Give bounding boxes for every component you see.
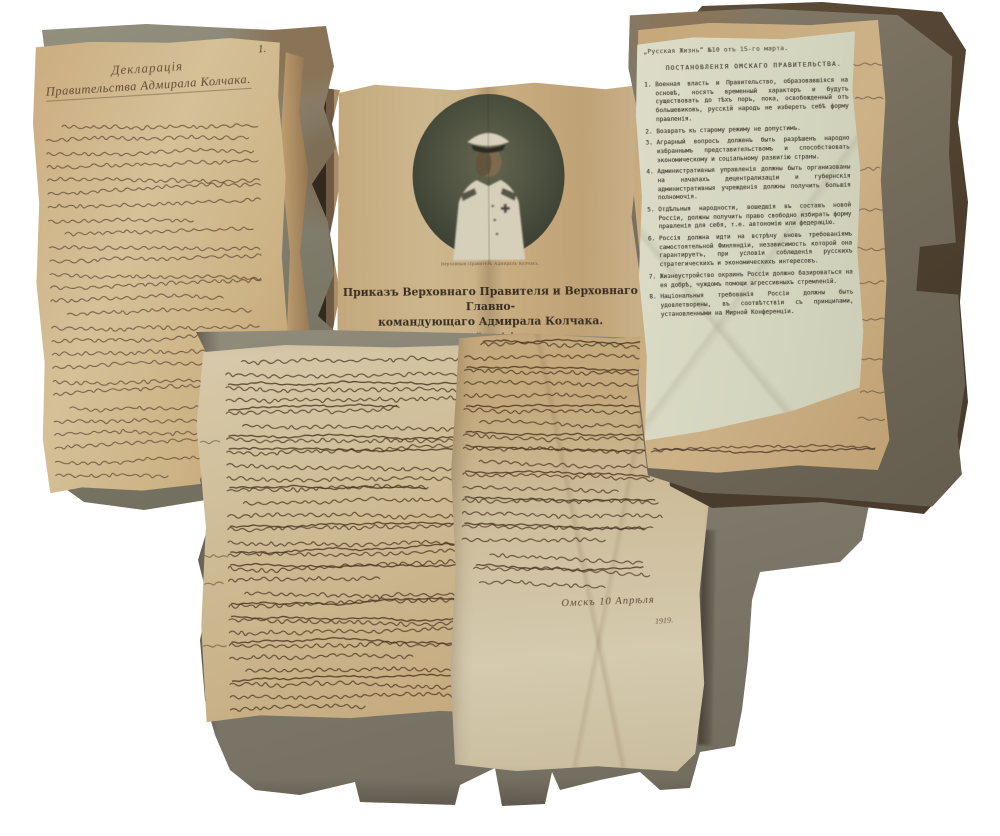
resolutions-list: 1.Военная власть и Правительство, образо…: [644, 77, 854, 320]
resolution-item: 1.Военная власть и Правительство, образо…: [644, 77, 849, 125]
resolution-item: 4.Административныя управленія должны быт…: [646, 164, 851, 204]
resolution-item: 3.Аграрный вопросъ долженъ быть разрѣшен…: [646, 135, 851, 166]
dateline-year: 1919.: [655, 615, 674, 626]
proclamation-headline: Приказъ Верховнаго Правителя и Верховнаг…: [340, 283, 640, 330]
typed-text-body: „Русская Жизнь“ №10 отъ 15-го марта. ПОС…: [633, 31, 867, 446]
resolution-item: 6.Россія должна идти на встрѣчу вновь тр…: [648, 231, 853, 271]
source-line: „Русская Жизнь“ №10 отъ 15-го марта.: [643, 44, 847, 58]
resolution-item: 8.Національныя требованія Россіи должны …: [649, 289, 854, 320]
declaration-title: Декларація Правительства Адмирала Колчак…: [30, 53, 266, 103]
resolution-item: 5.Отдѣльныя народности, вошедшія въ сост…: [647, 202, 852, 233]
headline-line-1: Приказъ Верховнаго Правителя и Верховнаг…: [340, 283, 640, 315]
dateline: Омскъ 10 Апрѣля: [561, 595, 655, 610]
resolutions-heading: ПОСТАНОВЛЕНІЯ ОМСКАГО ПРАВИТЕЛЬСТВА.: [666, 60, 848, 74]
kolchak-portrait-photo: [408, 89, 569, 268]
headline-line-2: командующаго Адмирала Колчака.: [341, 313, 641, 330]
resolutions-typed-page: „Русская Жизнь“ №10 отъ 15-го марта. ПОС…: [633, 31, 867, 446]
resolution-item: 7.Жизнеустройство окраинъ Россіи должно …: [649, 268, 853, 290]
photo-of-kolchak-documents: Верховный Правитель Адмиралъ Колчакъ. Пр…: [0, 0, 1000, 836]
